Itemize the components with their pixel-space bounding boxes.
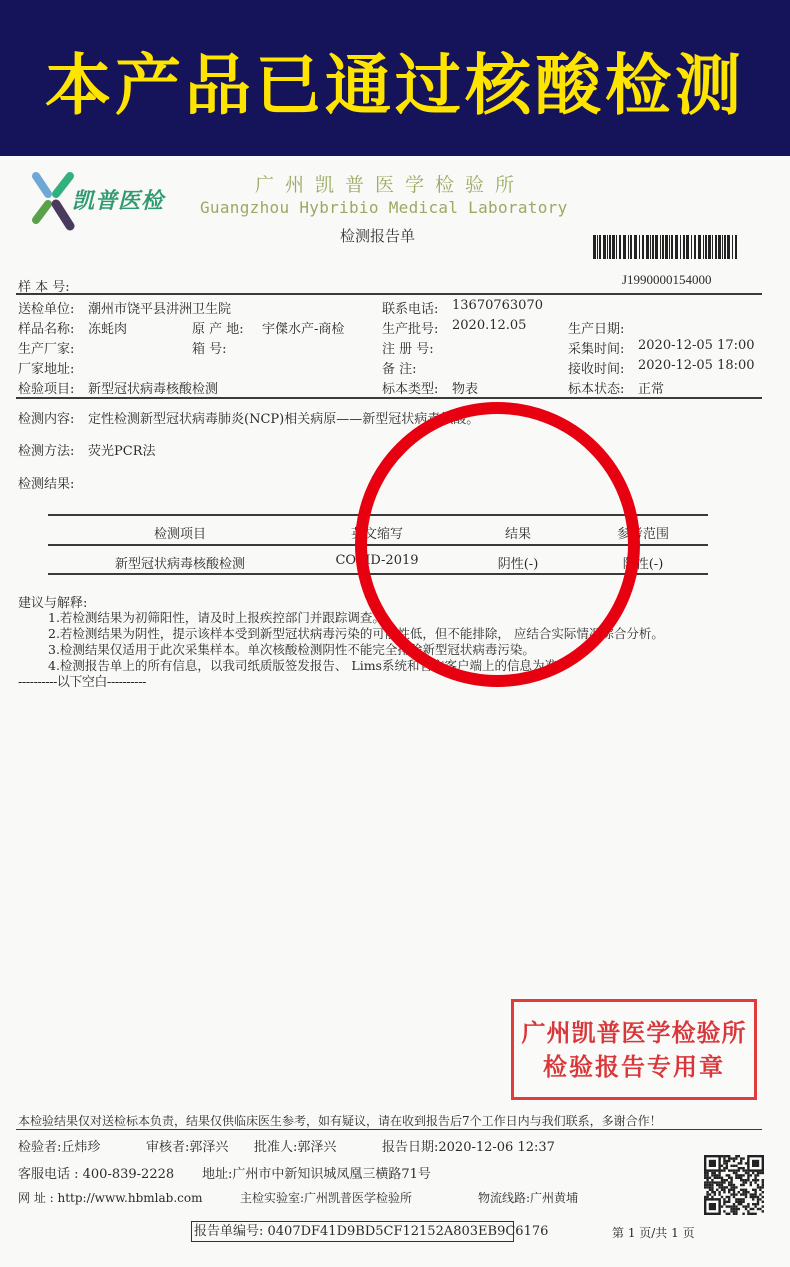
divider bbox=[16, 397, 762, 399]
sample-label: 注 册 号: bbox=[382, 338, 434, 357]
logistics: 物流线路:广州黄埔 bbox=[478, 1189, 578, 1206]
content-label: 检测内容: bbox=[18, 408, 74, 427]
service-phone: 客服电话 : 400-839-2228 bbox=[18, 1163, 174, 1182]
disclaimer: 本检验结果仅对送检标本负责，结果仅供临床医生参考，如有疑议，请在收到报告后7个工… bbox=[18, 1112, 662, 1129]
banner-title: 本产品已通过核酸检测 bbox=[45, 32, 745, 127]
sample-value: 正常 bbox=[638, 378, 664, 397]
reviewer: 审核者:郭泽兴 bbox=[146, 1136, 228, 1155]
inspector: 检验者:丘炜珍 bbox=[18, 1136, 100, 1155]
report-number: 报告单编号: 0407DF41D9BD5CF12152A803EB9C6176 bbox=[191, 1221, 514, 1242]
sample-value: 冻蚝肉 bbox=[88, 318, 127, 337]
sample-label: 样品名称: bbox=[18, 318, 74, 337]
blank-marker: ----------以下空白---------- bbox=[18, 671, 146, 690]
result-label: 检测结果: bbox=[18, 473, 74, 492]
main-lab: 主检实验室:广州凯普医学检验所 bbox=[240, 1189, 412, 1206]
sample-label: 联系电话: bbox=[382, 298, 438, 317]
sample-value: 物表 bbox=[452, 378, 478, 397]
sample-label: 生产批号: bbox=[382, 318, 438, 337]
sample-value: 13670763070 bbox=[452, 298, 543, 313]
qr-code-icon bbox=[704, 1155, 764, 1215]
sample-label: 箱 号: bbox=[192, 338, 227, 357]
sample-label: 接收时间: bbox=[568, 358, 624, 377]
sample-label: 检验项目: bbox=[18, 378, 74, 397]
method-value: 荧光PCR法 bbox=[88, 440, 155, 459]
divider bbox=[16, 1129, 762, 1130]
approver: 批准人:郭泽兴 bbox=[254, 1136, 336, 1155]
website[interactable]: 网 址 : http://www.hbmlab.com bbox=[18, 1189, 202, 1206]
method-label: 检测方法: bbox=[18, 440, 74, 459]
sample-label: 生产日期: bbox=[568, 318, 624, 337]
divider bbox=[16, 293, 762, 295]
sample-value: 2020-12-05 17:00 bbox=[638, 338, 755, 353]
lab-logo-icon bbox=[28, 170, 78, 232]
sample-label: 送检单位: bbox=[18, 298, 74, 317]
sample-value: 宇傑水产-商检 bbox=[262, 318, 344, 337]
sample-label: 厂家地址: bbox=[18, 358, 74, 377]
sample-label: 采集时间: bbox=[568, 338, 624, 357]
report-title: 检测报告单 bbox=[340, 225, 415, 246]
table-cell: 新型冠状病毒核酸检测 bbox=[115, 553, 245, 572]
stamp-line-2: 检验报告专用章 bbox=[543, 1050, 725, 1084]
lab-name-cn: 广州凯普医学检验所 bbox=[255, 170, 525, 197]
sample-value: 潮州市饶平县汫洲卫生院 bbox=[88, 298, 231, 317]
barcode-number: J1990000154000 bbox=[622, 272, 712, 288]
report-date: 报告日期:2020-12-06 12:37 bbox=[382, 1136, 555, 1155]
promo-banner: 本产品已通过核酸检测 bbox=[0, 0, 790, 156]
lab-address: 地址:广州市中新知识城凤凰三横路71号 bbox=[202, 1163, 431, 1182]
sample-value: 2020.12.05 bbox=[452, 318, 526, 333]
official-stamp: 广州凯普医学检验所 检验报告专用章 bbox=[511, 999, 757, 1100]
lab-name-en: Guangzhou Hybribio Medical Laboratory bbox=[200, 198, 568, 217]
stamp-line-1: 广州凯普医学检验所 bbox=[522, 1016, 747, 1050]
sample-label: 原 产 地: bbox=[192, 318, 244, 337]
sample-value: 2020-12-05 18:00 bbox=[638, 358, 755, 373]
logo-text: 凯普医检 bbox=[72, 184, 164, 215]
barcode-icon bbox=[593, 235, 739, 259]
sample-label: 备 注: bbox=[382, 358, 417, 377]
page-info: 第 1 页/共 1 页 bbox=[612, 1224, 695, 1241]
highlight-circle bbox=[355, 402, 640, 687]
sample-label: 标本类型: bbox=[382, 378, 438, 397]
sample-label: 生产厂家: bbox=[18, 338, 74, 357]
table-header: 检测项目 bbox=[154, 523, 206, 542]
sample-value: 新型冠状病毒核酸检测 bbox=[88, 378, 218, 397]
sample-label: 标本状态: bbox=[568, 378, 624, 397]
